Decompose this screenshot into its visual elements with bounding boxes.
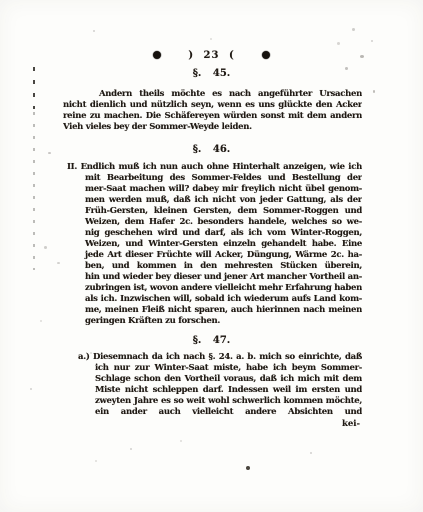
- text-line: reine zu machen. Die Schäfereyen würden …: [63, 111, 362, 122]
- text-line: zweyten Jahre es so weit wohl schwerlich…: [78, 396, 362, 407]
- scanned-book-page: ) 23 ( §. 45. Andern theils möchte es na…: [0, 0, 423, 512]
- text-line: ben, und kommen in den mehresten Stücken…: [67, 261, 362, 272]
- paragraph-47: a.) Diesemnach da ich nach §. 24. a. b. …: [78, 352, 362, 418]
- scan-speck: [93, 30, 95, 32]
- scan-speck: [40, 320, 42, 322]
- scan-speck: [360, 55, 364, 58]
- paragraph-45: Andern theils möchte es nach angeführter…: [63, 89, 362, 133]
- text-line: me, meinen Fleiß nicht sparen, auch hier…: [67, 305, 362, 316]
- text-line: Früh-Gersten, kleinen Gersten, dem Somme…: [67, 206, 362, 217]
- ornament-dot-icon: [262, 51, 270, 59]
- scan-speck: [373, 90, 375, 93]
- text-line: geringen Kräften zu forschen.: [67, 316, 362, 327]
- text-line: ich nur zur Winter-Saat miste, habe ich …: [78, 363, 362, 374]
- text-line: ein ander auch vielleicht andere Absicht…: [78, 407, 362, 418]
- section-heading-47: §. 47.: [0, 335, 423, 347]
- scan-speck: [95, 460, 97, 462]
- text-line: hin und wieder bey dieser und jener Art …: [67, 272, 362, 283]
- scan-speck: [30, 388, 32, 390]
- scan-speck: [90, 352, 92, 354]
- scan-speck: [310, 452, 312, 454]
- text-line: jede Art dieser Früchte will Acker, Düng…: [67, 250, 362, 261]
- text-line: a.) Diesemnach da ich nach §. 24. a. b. …: [78, 352, 362, 363]
- scan-speck: [57, 262, 60, 264]
- ornament-dot-icon: [153, 51, 161, 59]
- scan-speck: [180, 440, 182, 442]
- binding-mark-dashes: [33, 112, 35, 270]
- scan-speck: [345, 67, 348, 70]
- scan-speck: [337, 42, 340, 45]
- text-line: zubringen ist, wovon andere vielleicht m…: [67, 283, 362, 294]
- scan-speck: [48, 152, 51, 154]
- text-line: II. Endlich muß ich nun auch ohne Hinter…: [67, 162, 362, 173]
- scan-speck: [130, 448, 132, 450]
- paragraph-46: II. Endlich muß ich nun auch ohne Hinter…: [67, 162, 362, 327]
- text-line: Andern theils möchte es nach angeführter…: [63, 89, 362, 100]
- scan-speck: [371, 40, 373, 42]
- binding-mark-dashes: [33, 67, 35, 109]
- text-line: mit Bearbeitung des Sommer-Feldes und Be…: [67, 173, 362, 184]
- page-number: ) 23 (: [188, 50, 234, 61]
- section-heading-45: §. 45.: [0, 68, 423, 80]
- catchword: kei-: [0, 419, 360, 429]
- text-line: Weizen, und Winter-Gersten einzeln gehan…: [67, 239, 362, 250]
- text-line: nig geschehen wird und darf, als ich vom…: [67, 228, 362, 239]
- text-line: als ich. Inzwischen will, sobald ich wie…: [67, 294, 362, 305]
- scan-speck: [210, 38, 212, 40]
- text-line: Weizen, dem Hafer 2c. besonders handele,…: [67, 217, 362, 228]
- scan-speck: [246, 466, 250, 470]
- text-line: men werden muß, daß ich nicht von jeder …: [67, 195, 362, 206]
- text-line: Miste nicht schleppen darf. Indessen wei…: [78, 385, 362, 396]
- text-line: Vieh vieles bey der Sommer-Weyde leiden.: [63, 122, 362, 133]
- scan-speck: [44, 246, 47, 249]
- text-line: nicht dienlich und nützlich seyn, wenn e…: [63, 100, 362, 111]
- scan-speck: [352, 28, 355, 31]
- text-line: mer-Saat machen will? dabey mir freylich…: [67, 184, 362, 195]
- section-heading-46: §. 46.: [0, 144, 423, 156]
- text-line: Schlage schon den Vortheil voraus, daß i…: [78, 374, 362, 385]
